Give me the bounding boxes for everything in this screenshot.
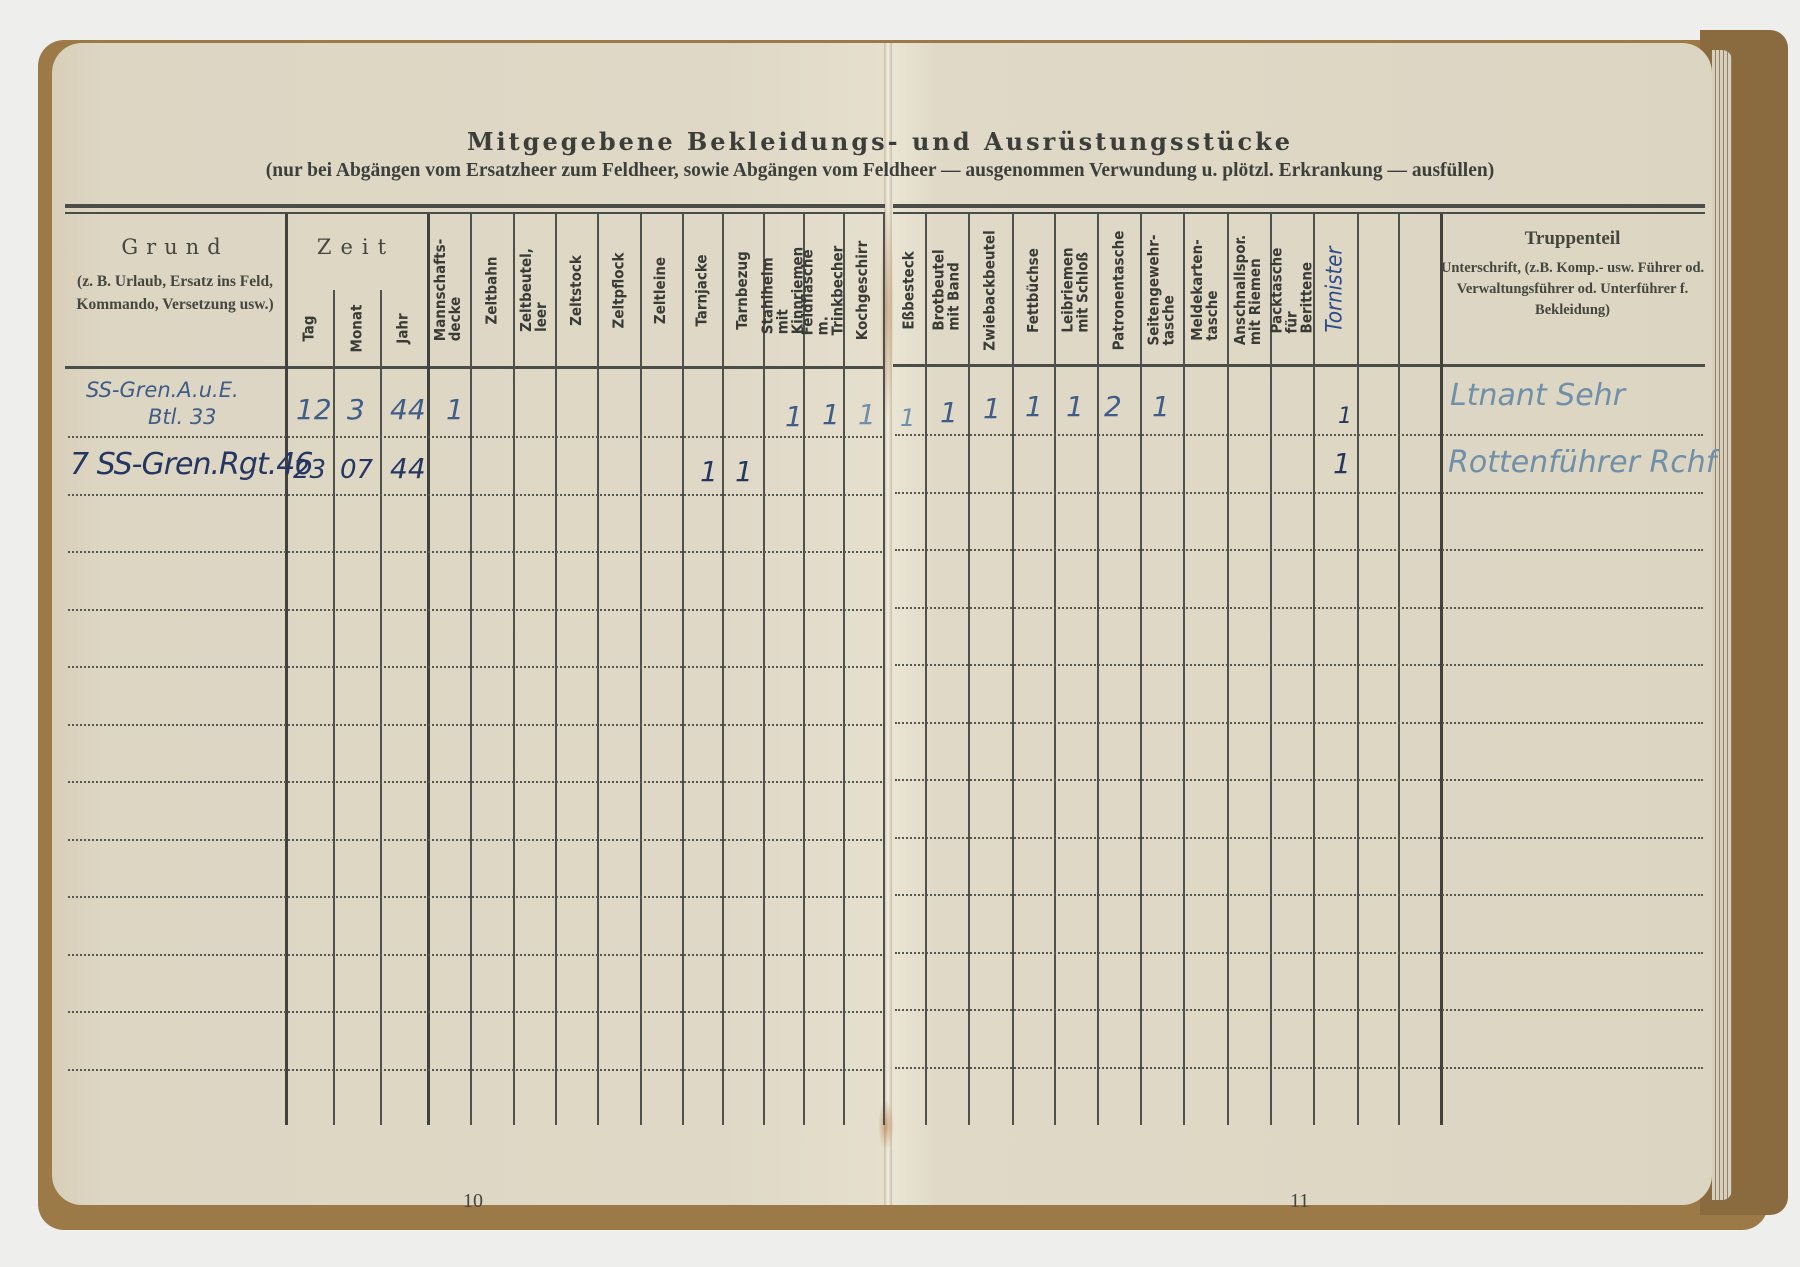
col-header-item: Kochgeschirr bbox=[843, 216, 883, 364]
row2-mark-tarnjacke: 1 bbox=[700, 455, 718, 488]
header-bottom-rule bbox=[893, 364, 1705, 367]
row2-signature: Rottenführer Rchf bbox=[1448, 445, 1716, 480]
row-line bbox=[68, 896, 882, 898]
row1-tag: 12 bbox=[296, 393, 332, 426]
row1-mark-fettbuechse: 1 bbox=[1025, 390, 1043, 423]
col-header-item: Zeltleine bbox=[640, 216, 682, 364]
column-line bbox=[380, 290, 382, 1125]
page-number-right: 11 bbox=[1290, 1190, 1309, 1213]
col-header-tornister-handwritten: Tornister bbox=[1313, 214, 1357, 364]
row-line bbox=[68, 494, 882, 496]
col-header-item: Seitengewehr- tasche bbox=[1140, 216, 1183, 364]
row-line bbox=[895, 1067, 1703, 1069]
col-header-item: Zeltpflock bbox=[597, 216, 640, 364]
column-line bbox=[1357, 214, 1359, 1125]
row-line bbox=[68, 609, 882, 611]
row1-mark-patronentasche: 2 bbox=[1104, 390, 1122, 423]
row1-mark-tornister: 1 bbox=[1338, 404, 1352, 429]
row-line bbox=[895, 1009, 1703, 1011]
row-line bbox=[895, 607, 1703, 609]
row-line bbox=[68, 954, 882, 956]
col-header-monat: Monat bbox=[333, 290, 380, 366]
row1-monat: 3 bbox=[347, 393, 365, 426]
page-title: Mitgegebene Bekleidungs- und Ausrüstungs… bbox=[60, 127, 1700, 156]
row2-jahr: 44 bbox=[390, 452, 426, 485]
col-header-item: Tarnbezug bbox=[722, 216, 763, 364]
row2-monat: 07 bbox=[340, 455, 373, 485]
row-line bbox=[895, 837, 1703, 839]
row1-mark-stahlhelm: 1 bbox=[785, 400, 803, 433]
row-line bbox=[68, 436, 882, 438]
row-line bbox=[68, 1069, 882, 1071]
column-line bbox=[1398, 214, 1400, 1125]
column-line bbox=[883, 214, 885, 1125]
col-header-item: Patronentasche bbox=[1097, 216, 1140, 364]
row-line bbox=[68, 781, 882, 783]
row2-grund: 7 SS-Gren.Rgt.46 bbox=[70, 447, 312, 482]
col-header-item: Feldflasche m. Trinkbecher bbox=[803, 216, 843, 364]
col-header-item: Stahlhelm mit Kinnriemen bbox=[763, 216, 803, 364]
row2-tag: 23 bbox=[293, 455, 326, 485]
page-number-left: 10 bbox=[463, 1190, 483, 1213]
col-header-item: Zeltstock bbox=[555, 216, 597, 364]
row-line bbox=[895, 779, 1703, 781]
header-rule bbox=[65, 212, 885, 214]
col-header-item: Eßbesteck bbox=[893, 216, 925, 364]
column-line bbox=[1440, 214, 1443, 1125]
rust-stain bbox=[878, 1100, 894, 1150]
col-header-jahr: Jahr bbox=[380, 290, 427, 366]
row1-mark-leibriemen: 1 bbox=[1066, 390, 1084, 423]
col-header-item: Zeltbahn bbox=[470, 216, 513, 364]
row-line bbox=[895, 549, 1703, 551]
row-line bbox=[895, 664, 1703, 666]
truppenteil-header: Truppenteil bbox=[1440, 228, 1705, 250]
row1-signature: Ltnant Sehr bbox=[1450, 378, 1625, 413]
row-line bbox=[895, 434, 1703, 436]
grund-subheader: (z. B. Urlaub, Ersatz ins Feld, Kommando… bbox=[65, 270, 285, 316]
col-header-item: Packtasche für Berittene bbox=[1270, 216, 1313, 364]
row-line bbox=[895, 952, 1703, 954]
col-header-item: Tarnjacke bbox=[682, 216, 722, 364]
row2-mark-tornister: 1 bbox=[1333, 447, 1351, 480]
row2-mark-tarnbezug: 1 bbox=[735, 455, 753, 488]
row-line bbox=[895, 492, 1703, 494]
row-line bbox=[68, 551, 882, 553]
row-line bbox=[68, 1011, 882, 1013]
header-rule bbox=[65, 204, 885, 208]
row1-grund-line1: SS-Gren.A.u.E. bbox=[86, 378, 239, 402]
row-line bbox=[895, 894, 1703, 896]
page-subtitle: (nur bei Abgängen vom Ersatzheer zum Fel… bbox=[60, 160, 1700, 182]
row1-mark-seitengewehrtasche: 1 bbox=[1152, 390, 1170, 423]
column-line bbox=[333, 290, 335, 1125]
col-header-item: Zeltbeutel, leer bbox=[513, 216, 555, 364]
row-line bbox=[68, 666, 882, 668]
row1-grund-line2: Btl. 33 bbox=[148, 405, 217, 429]
col-header-item: Anschnallspor. mit Riemen bbox=[1227, 216, 1270, 364]
row1-mark-kochgeschirr: 1 bbox=[858, 398, 876, 431]
header-rule bbox=[893, 204, 1705, 208]
header-rule bbox=[893, 212, 1705, 214]
header-bottom-rule bbox=[65, 366, 885, 369]
row1-mark-essbesteck: 1 bbox=[900, 404, 915, 432]
col-header-tag: Tag bbox=[285, 290, 333, 366]
col-header-item: Fettbüchse bbox=[1012, 216, 1054, 364]
col-header-item: Leibriemen mit Schloß bbox=[1054, 216, 1097, 364]
truppenteil-subheader: Unterschrift, (z.B. Komp.- usw. Führer o… bbox=[1440, 258, 1705, 321]
col-header-item: Brotbeutel mit Band bbox=[925, 216, 968, 364]
row1-mark-mannschaftsdecke: 1 bbox=[446, 393, 464, 426]
row1-mark-brotbeutel: 1 bbox=[940, 396, 958, 429]
row1-mark-feldflasche: 1 bbox=[822, 398, 840, 431]
col-header-item: Meldekarten- tasche bbox=[1183, 216, 1227, 364]
page-stack bbox=[1712, 50, 1732, 1200]
row1-mark-zwiebackbeutel: 1 bbox=[983, 392, 1001, 425]
grund-header: Grund bbox=[65, 235, 285, 259]
row-line bbox=[68, 724, 882, 726]
row-line bbox=[68, 839, 882, 841]
row-line bbox=[895, 722, 1703, 724]
col-header-item: Mannschafts- decke bbox=[427, 216, 470, 364]
row1-jahr: 44 bbox=[390, 393, 426, 426]
zeit-header: Zeit bbox=[285, 235, 427, 259]
col-header-item: Zwiebackbeutel bbox=[968, 216, 1012, 364]
